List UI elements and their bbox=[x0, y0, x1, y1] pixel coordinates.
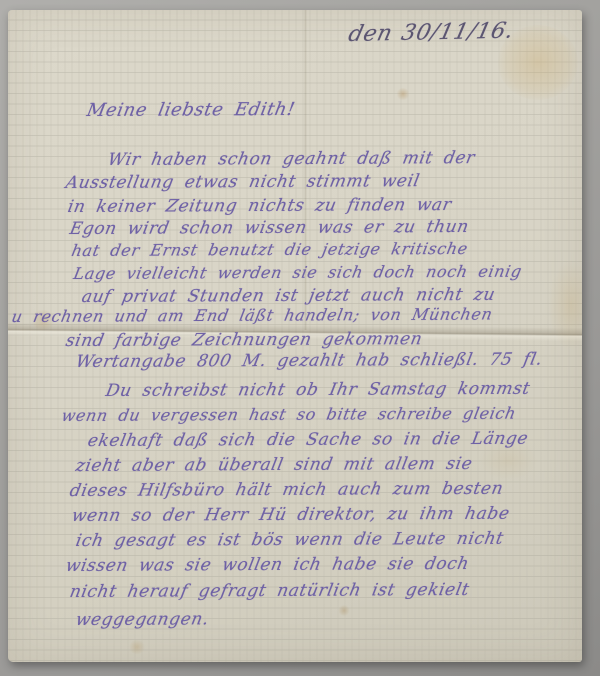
handwriting-line: sind farbige Zeichnungen gekommen bbox=[64, 329, 424, 351]
handwriting-line: wenn du vergessen hast so bitte schreibe… bbox=[60, 404, 518, 425]
stain bbox=[128, 640, 146, 654]
handwriting-line: Egon wird schon wissen was er zu thun bbox=[68, 217, 471, 239]
handwriting-line: hat der Ernst benutzt die jetzige kritis… bbox=[70, 239, 470, 260]
handwriting-line: wissen was sie wollen ich habe sie doch bbox=[64, 554, 471, 576]
handwriting-line: dieses Hilfsbüro hält mich auch zum best… bbox=[68, 479, 505, 501]
handwriting-line: weggegangen. bbox=[74, 609, 211, 630]
handwriting-line: zieht aber ab überall sind mit allem sie bbox=[74, 454, 474, 476]
salutation-line: Meine liebste Edith! bbox=[85, 99, 297, 121]
handwriting-line: Ausstellung etwas nicht stimmt weil bbox=[64, 171, 422, 193]
handwriting-line: Wertangabe 800 M. gezahlt hab schließl. … bbox=[74, 350, 544, 372]
handwriting-line: auf privat Stunden ist jetzt auch nicht … bbox=[80, 285, 497, 307]
handwriting-line: u rechnen und am End läßt handeln; von M… bbox=[10, 304, 494, 326]
letter-paper: den 30/11/16. Meine liebste Edith! Wir h… bbox=[8, 10, 582, 662]
vertical-crease bbox=[304, 10, 307, 330]
handwriting-line: in keiner Zeitung nichts zu finden war bbox=[66, 195, 453, 217]
stain bbox=[338, 605, 350, 616]
stain bbox=[396, 88, 410, 100]
handwriting-line: Lage vielleicht werden sie sich doch noc… bbox=[72, 262, 524, 283]
date-line: den 30/11/16. bbox=[346, 19, 516, 47]
handwriting-line: Wir haben schon geahnt daß mit der bbox=[106, 148, 477, 170]
handwriting-line: wenn so der Herr Hü direktor, zu ihm hab… bbox=[70, 504, 511, 526]
photo-background: den 30/11/16. Meine liebste Edith! Wir h… bbox=[0, 0, 600, 676]
handwriting-line: ekelhaft daß sich die Sache so in die Lä… bbox=[86, 429, 530, 451]
handwriting-line: ich gesagt es ist bös wenn die Leute nic… bbox=[74, 529, 505, 551]
handwriting-line: Du schreibst nicht ob Ihr Samstag kommst bbox=[104, 379, 532, 401]
handwriting-line: nicht herauf gefragt natürlich ist gekie… bbox=[68, 580, 471, 602]
